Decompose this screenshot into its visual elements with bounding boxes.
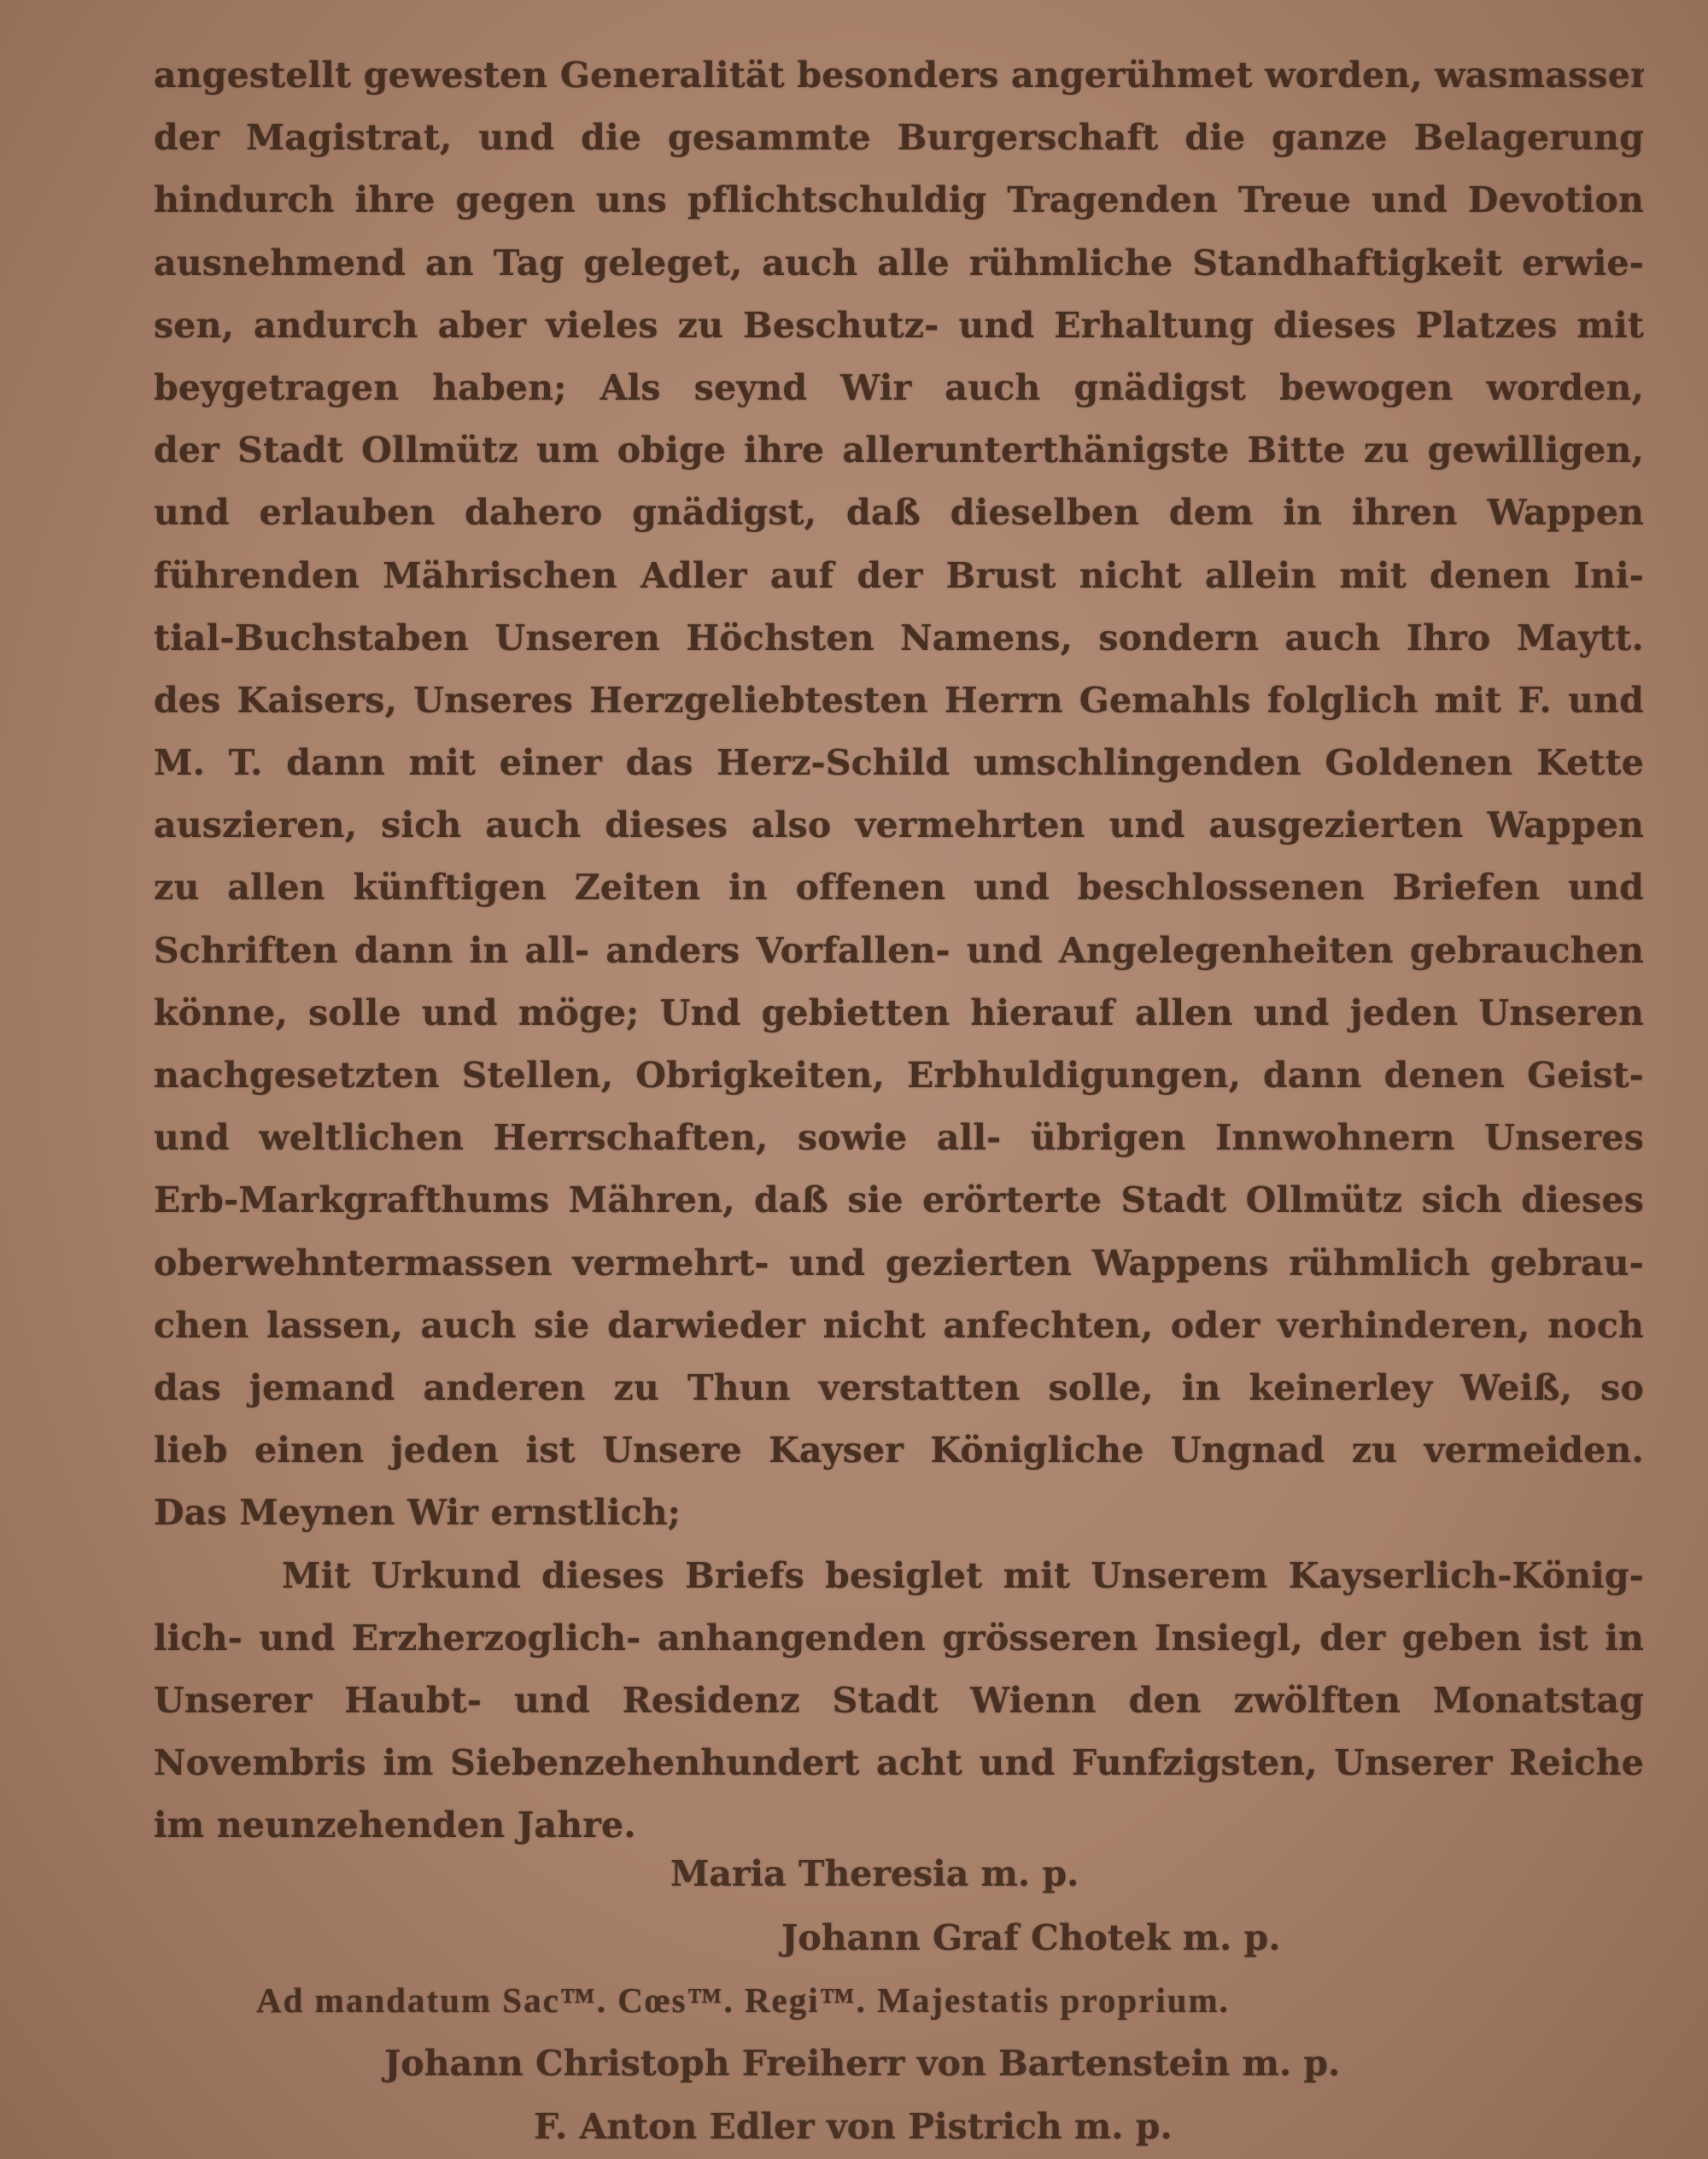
text-line: lieb einen jeden ist Unsere Kayser König… [154, 1419, 1644, 1482]
signature-empress: Maria Theresia m. p. [670, 1853, 1079, 1894]
text-line: im neunzehenden Jahre. [154, 1794, 1644, 1857]
text-line: der Stadt Ollmütz um obige ihre allerunt… [154, 419, 1644, 482]
mandate-line: Ad mandatum Sac™. Cœs™. Regi™. Majestati… [256, 1980, 1230, 2021]
text-line: Erb-Markgrafthums Mähren, daß sie erörte… [154, 1169, 1644, 1232]
text-line: führenden Mährischen Adler auf der Brust… [154, 545, 1644, 607]
text-line: der Magistrat, und die gesammte Burgersc… [154, 107, 1644, 169]
signature-bartenstein: Johann Christoph Freiherr von Bartenstei… [384, 2043, 1340, 2084]
text-line: Unserer Haubt- und Residenz Stadt Wienn … [154, 1670, 1644, 1732]
text-line: Novembris im Siebenzehenhundert acht und… [154, 1732, 1644, 1794]
text-line: und weltlichen Herrschaften, sowie all- … [154, 1107, 1644, 1169]
text-line: nachgesetzten Stellen, Obrigkeiten, Erbh… [154, 1044, 1644, 1107]
text-line: hindurch ihre gegen uns pflichtschuldig … [154, 169, 1644, 231]
text-line: auszieren, sich auch dieses also vermehr… [154, 794, 1644, 857]
text-line: chen lassen, auch sie darwieder nicht an… [154, 1295, 1644, 1357]
text-line: M. T. dann mit einer das Herz-Schild ums… [154, 732, 1644, 794]
text-line: das jemand anderen zu Thun verstatten so… [154, 1357, 1644, 1419]
text-line: lich- und Erzherzoglich- anhangenden grö… [154, 1607, 1644, 1670]
document-page: angestellt gewesten Generalität besonder… [0, 0, 1708, 2159]
text-line: und erlauben dahero gnädigst, daß diesel… [154, 482, 1644, 544]
text-line: Schriften dann in all- anders Vorfallen-… [154, 920, 1644, 982]
signature-chotek: Johann Graf Chotek m. p. [781, 1917, 1280, 1958]
text-line: Mit Urkund dieses Briefs besiglet mit Un… [154, 1545, 1644, 1607]
text-line: sen, andurch aber vieles zu Beschutz- un… [154, 295, 1644, 357]
text-line: zu allen künftigen Zeiten in offenen und… [154, 857, 1644, 919]
signature-pistrich: F. Anton Edler von Pistrich m. p. [534, 2106, 1173, 2147]
text-line: angestellt gewesten Generalität besonder… [154, 44, 1644, 107]
text-line: beygetragen haben; Als seynd Wir auch gn… [154, 357, 1644, 419]
text-line: tial-Buchstaben Unseren Höchsten Namens,… [154, 607, 1644, 670]
text-line: ausnehmend an Tag geleget, auch alle rüh… [154, 232, 1644, 295]
text-line: Das Meynen Wir ernstlich; [154, 1482, 1644, 1544]
text-line: könne, solle und möge; Und gebietten hie… [154, 982, 1644, 1044]
text-line: oberwehntermassen vermehrt- und gezierte… [154, 1232, 1644, 1295]
text-line: des Kaisers, Unseres Herzgeliebtesten He… [154, 670, 1644, 732]
decree-body-text: angestellt gewesten Generalität besonder… [154, 44, 1644, 1857]
